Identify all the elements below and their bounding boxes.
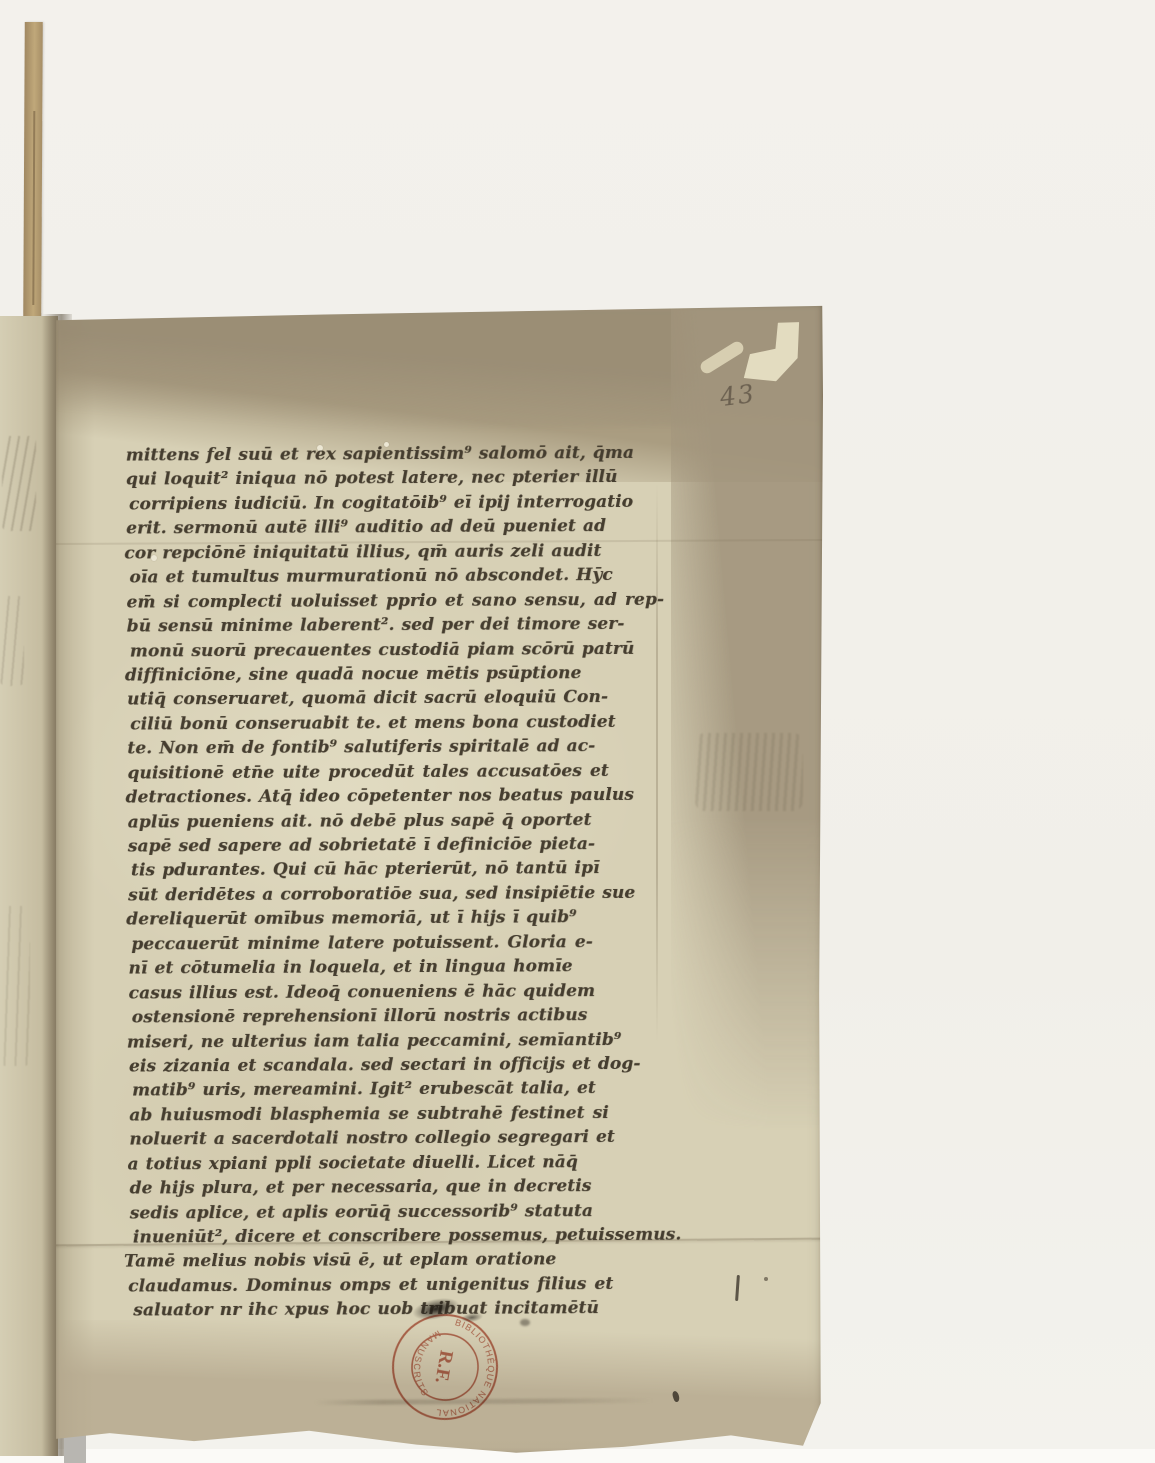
manuscript-line: mittens fel suū et rex sapientissim⁹ sal… bbox=[126, 440, 718, 468]
manuscript-line: te. Non em̄ de fontib⁹ salutiferis spiri… bbox=[127, 734, 719, 762]
manuscript-line: peccauerūt minime latere potuissent. Glo… bbox=[131, 929, 723, 957]
binding-stub-crack bbox=[32, 111, 35, 305]
manuscript-line: monū suorū precauentes custodiā piam scō… bbox=[130, 636, 722, 664]
manuscript-text-block: mittens fel suū et rex sapientissim⁹ sal… bbox=[126, 440, 723, 1323]
bleedthrough-marks bbox=[0, 596, 24, 686]
library-stamp-svg: BIBLIOTHÈQUE NATIONALE MANUSCRITS R.F. bbox=[380, 1302, 510, 1432]
manuscript-line: cor repciōnē iniquitatū illius, qm̄ auri… bbox=[124, 538, 716, 566]
manuscript-line: sapē sed sapere ad sobrietatē ī definici… bbox=[128, 831, 720, 859]
stray-ink-dot bbox=[764, 1277, 768, 1281]
manuscript-line: inueniūt², dicere et conscribere possemu… bbox=[133, 1222, 725, 1250]
manuscript-line: ciliū bonū conseruabit te. et mens bona … bbox=[130, 709, 722, 737]
manuscript-line: sedis aplice, et aplis eorūq̄ successori… bbox=[130, 1198, 722, 1226]
manuscript-line: utiq̄ conseruaret, quomā dicit sacrū elo… bbox=[127, 685, 719, 713]
library-stamp: BIBLIOTHÈQUE NATIONALE MANUSCRITS R.F. bbox=[380, 1302, 510, 1432]
manuscript-line: corripiens iudiciū. In cogitatōib⁹ eī ip… bbox=[129, 489, 721, 517]
manuscript-line: matib⁹ uris, mereamini. Igit² erubescāt … bbox=[132, 1076, 724, 1104]
manuscript-line: quisitionē etn̄e uite procedūt tales acc… bbox=[127, 758, 719, 786]
manuscript-line: oīa et tumultus murmurationū nō absconde… bbox=[129, 563, 721, 591]
manuscript-line: casus illius est. Ideoq̄ conueniens ē hā… bbox=[129, 978, 721, 1006]
scan-backdrop-bottom bbox=[0, 1449, 1155, 1463]
manuscript-line: claudamus. Dominus omps et unigenitus fi… bbox=[128, 1271, 720, 1299]
manuscript-line: qui loquit² iniqua nō potest latere, nec… bbox=[126, 465, 718, 493]
manuscript-line: tis pdurantes. Qui cū hāc pterierūt, nō … bbox=[131, 856, 723, 884]
manuscript-line: em̄ si complecti uoluisset pprio et sano… bbox=[126, 587, 718, 615]
manuscript-line: ab huiusmodi blasphemia se subtrahē fest… bbox=[129, 1100, 721, 1128]
manuscript-scan: 43 mittens fel suū et rex sapientissim⁹ … bbox=[0, 0, 1155, 1463]
bleedthrough-marks bbox=[0, 906, 30, 1066]
stamp-center-text: R.F. bbox=[430, 1349, 456, 1385]
manuscript-line: nī et cōtumelia in loquela, et in lingua… bbox=[128, 954, 720, 982]
binding-stub bbox=[23, 22, 43, 320]
manuscript-line: dereliquerūt omībus memoriā, ut ī hijs ī… bbox=[126, 905, 718, 933]
manuscript-line: miseri, ne ulterius iam talia peccamini,… bbox=[127, 1027, 719, 1055]
manuscript-line: ostensionē reprehensionī illorū nostris … bbox=[132, 1002, 724, 1030]
manuscript-line: sūt deridētes a corroboratiōe sua, sed i… bbox=[128, 880, 720, 908]
manuscript-line: a totius xpiani ppli societate diuelli. … bbox=[127, 1149, 719, 1177]
stray-ink-stroke bbox=[735, 1275, 740, 1301]
manuscript-line: detractiones. Atq̄ ideo cōpetenter nos b… bbox=[125, 783, 717, 811]
manuscript-line: noluerit a sacerdotali nostro collegio s… bbox=[129, 1125, 721, 1153]
manuscript-line: bū sensū minime laberent². sed per dei t… bbox=[127, 612, 719, 640]
manuscript-line: erit. sermonū autē illi⁹ auditio ad deū … bbox=[126, 514, 718, 542]
folio-number: 43 bbox=[718, 379, 757, 412]
manuscript-line: eis zizania et scandala. sed sectari in … bbox=[129, 1051, 721, 1079]
bleedthrough-marks bbox=[2, 436, 36, 531]
manuscript-line: Tamē melius nobis visū ē, ut eplam orati… bbox=[124, 1247, 716, 1275]
ink-smudge bbox=[520, 1319, 530, 1326]
manuscript-line: de hijs plura, et per necessaria, que in… bbox=[130, 1174, 722, 1202]
manuscript-line: aplūs pueniens ait. nō debē plus sapē q̄… bbox=[128, 807, 720, 835]
parchment-leaf: 43 mittens fel suū et rex sapientissim⁹ … bbox=[56, 303, 823, 1455]
manuscript-line: diffiniciōne, sine quadā nocue mētis psū… bbox=[125, 660, 717, 688]
